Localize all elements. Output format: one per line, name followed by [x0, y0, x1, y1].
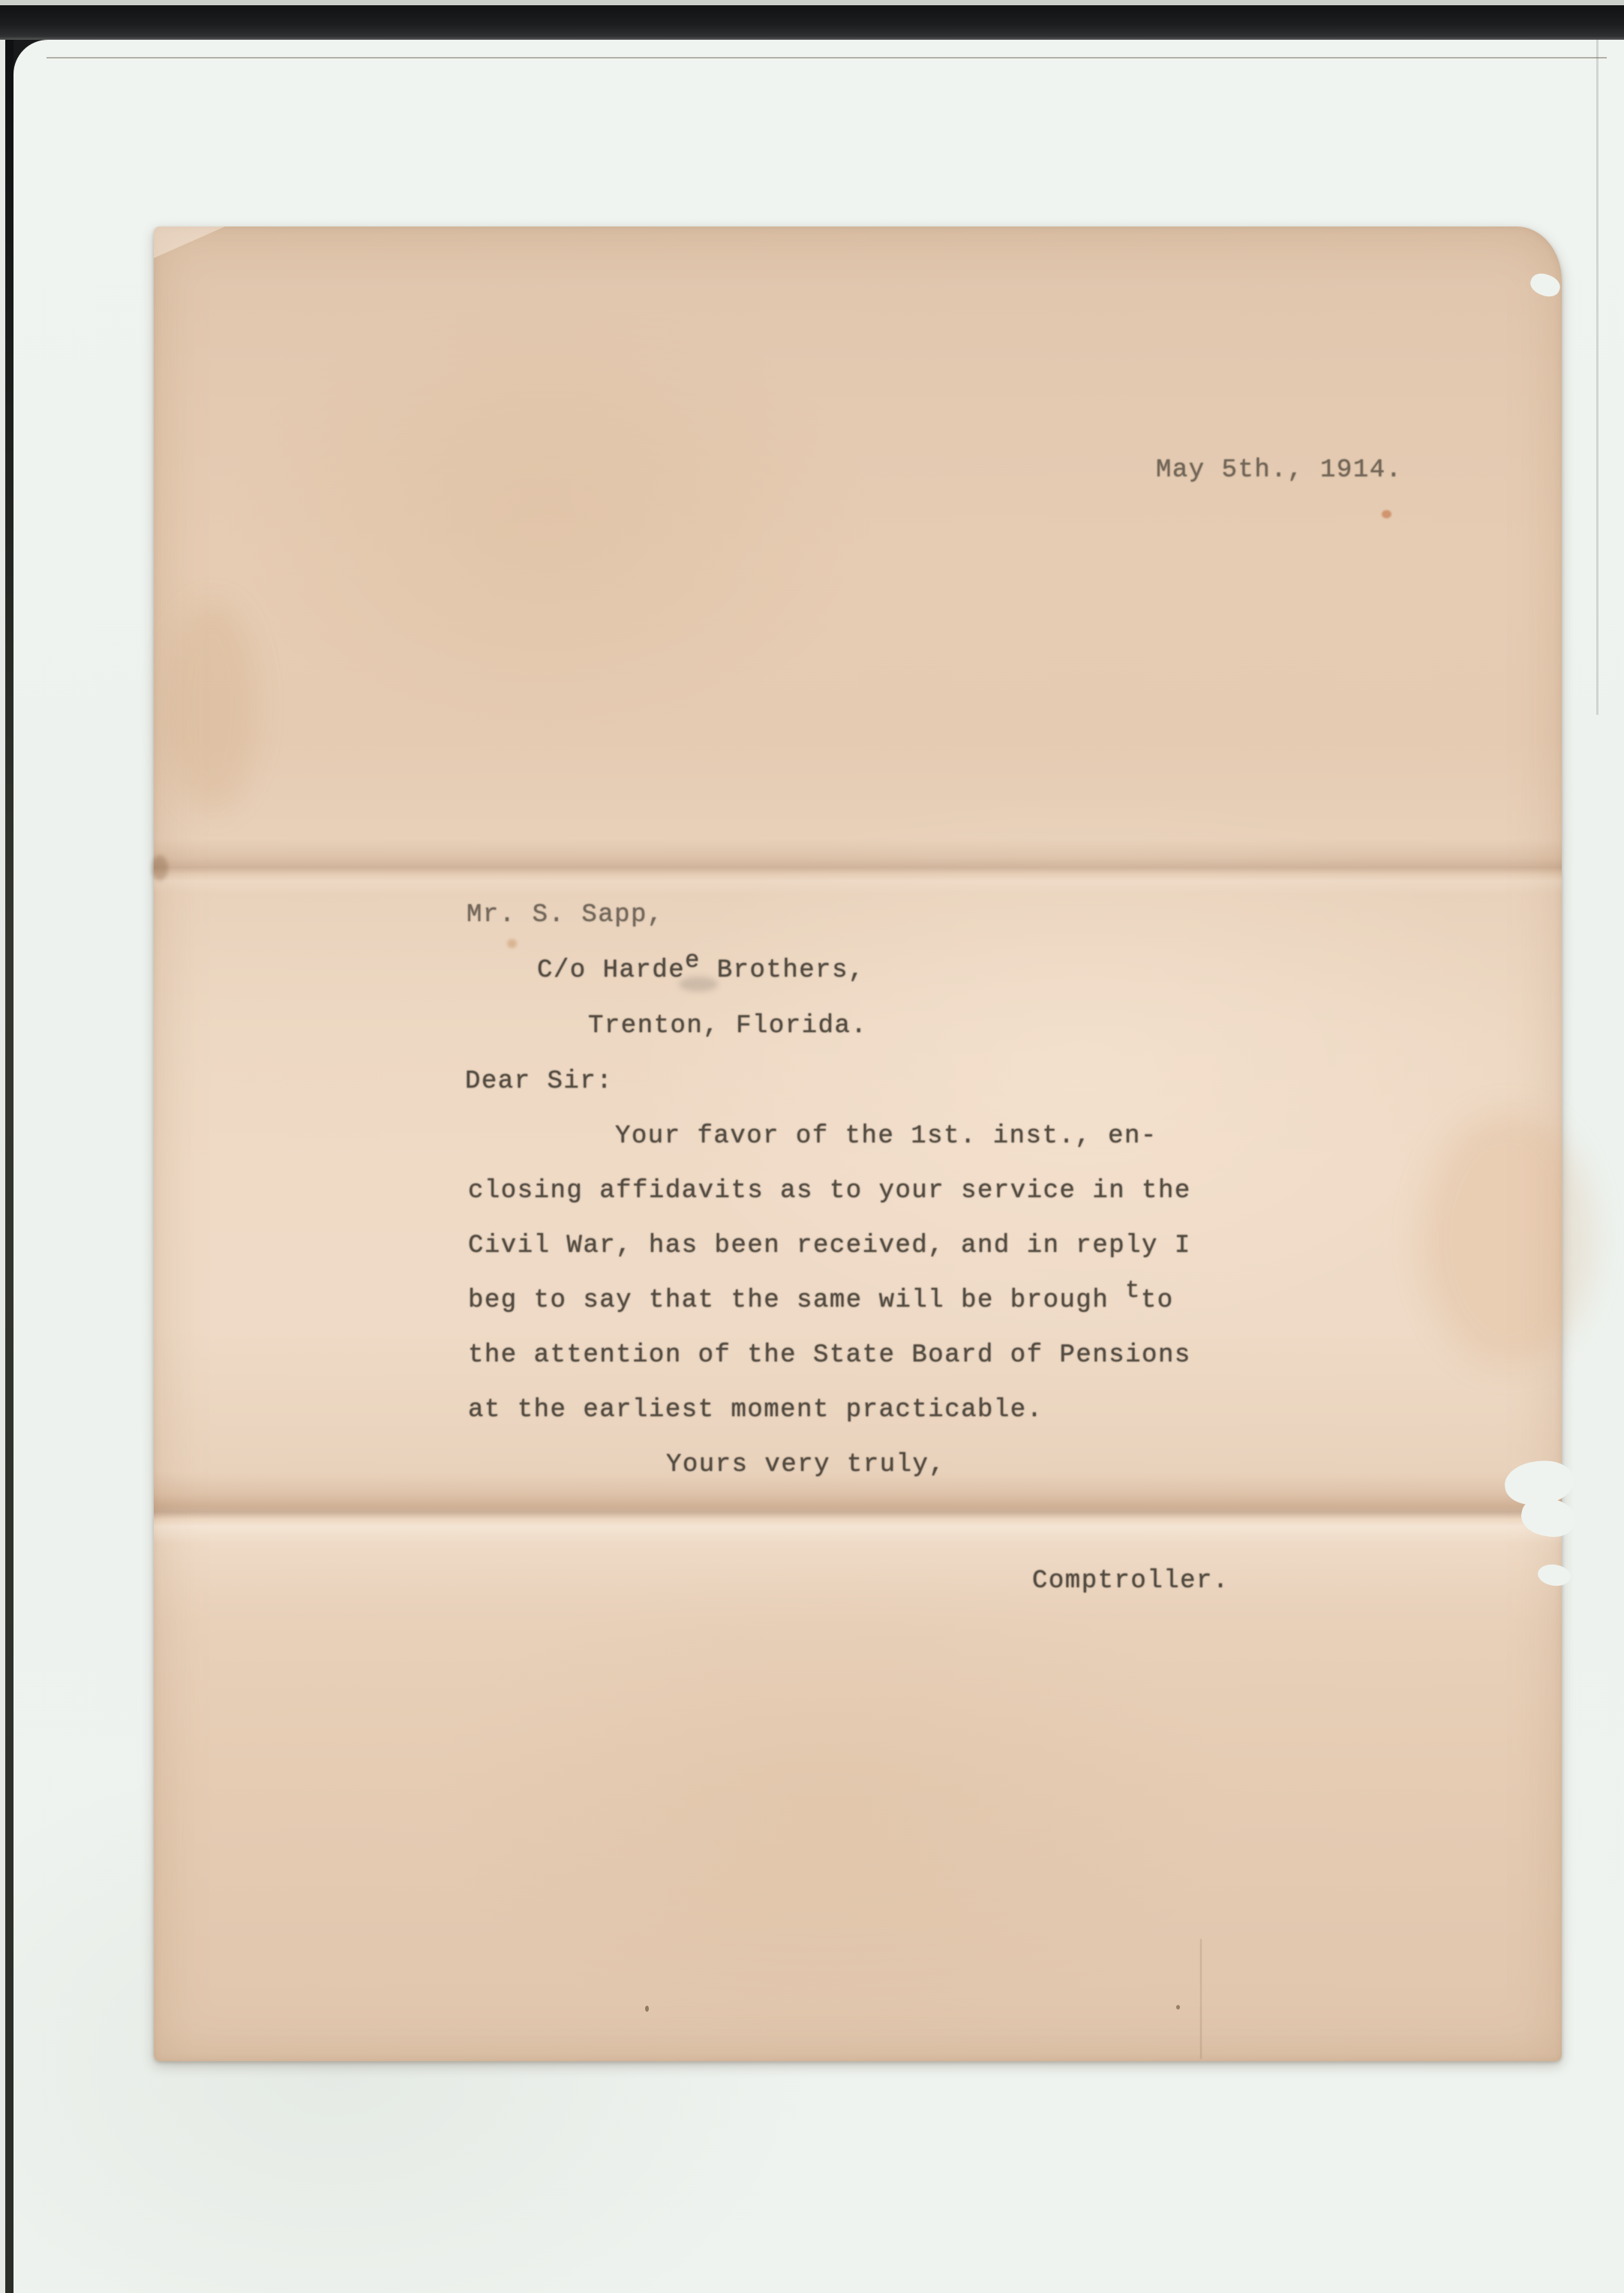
stain — [1421, 1112, 1594, 1367]
address-firm: Brothers, — [701, 956, 865, 985]
recipient-name: Mr. S. Sapp, — [467, 899, 664, 932]
date-line: May 5th., 1914. — [1156, 454, 1403, 487]
closing-line: Yours very truly, — [666, 1448, 945, 1481]
stain — [1382, 510, 1391, 518]
backing-right-crease — [1596, 40, 1598, 715]
scanner-top-sliver — [0, 0, 1624, 5]
scanner-bed-top-strip — [0, 5, 1624, 40]
address-care-of: C/o Harde — [537, 956, 685, 985]
signature-title: Comptroller. — [1032, 1565, 1229, 1598]
scanner-left-dark-strip — [5, 40, 14, 2293]
stain — [507, 939, 517, 948]
recipient-address-line-2: Trenton, Florida. — [588, 1010, 867, 1043]
corner-fold — [154, 227, 225, 258]
body-line-4-end: to — [1141, 1286, 1174, 1315]
scanner-scratch-line — [47, 57, 1607, 59]
body-line: Civil War, has been received, and in rep… — [468, 1229, 1191, 1262]
raised-letter-t: t — [1125, 1274, 1141, 1307]
raised-letter-e: e — [685, 944, 701, 977]
recipient-address-line-1: C/o Hardee Brothers, — [537, 954, 865, 987]
body-line: at the earliest moment practicable. — [468, 1394, 1043, 1427]
stain — [167, 602, 257, 812]
fold-crease-bottom — [154, 1472, 1562, 1544]
speck — [645, 2006, 649, 2012]
paper-streak — [1200, 1939, 1202, 2059]
body-line: closing affidavits as to your service in… — [468, 1175, 1191, 1208]
left-fold-nick — [152, 855, 168, 881]
scan-root: May 5th., 1914. Mr. S. Sapp, C/o Hardee … — [0, 0, 1624, 2293]
torn-corner-notch — [1527, 270, 1562, 300]
letter-paper: May 5th., 1914. Mr. S. Sapp, C/o Hardee … — [154, 227, 1562, 2061]
fold-crease-top — [154, 839, 1562, 894]
body-line: the attention of the State Board of Pens… — [468, 1339, 1191, 1372]
body-line: beg to say that the same will be brough … — [468, 1284, 1174, 1317]
salutation: Dear Sir: — [465, 1065, 613, 1098]
body-line: Your favor of the 1st. inst., en- — [615, 1120, 1157, 1153]
scanner-left-light-strip — [0, 40, 5, 2293]
speck — [1176, 2005, 1180, 2009]
body-line-4-text: beg to say that the same will be brough — [468, 1286, 1125, 1315]
